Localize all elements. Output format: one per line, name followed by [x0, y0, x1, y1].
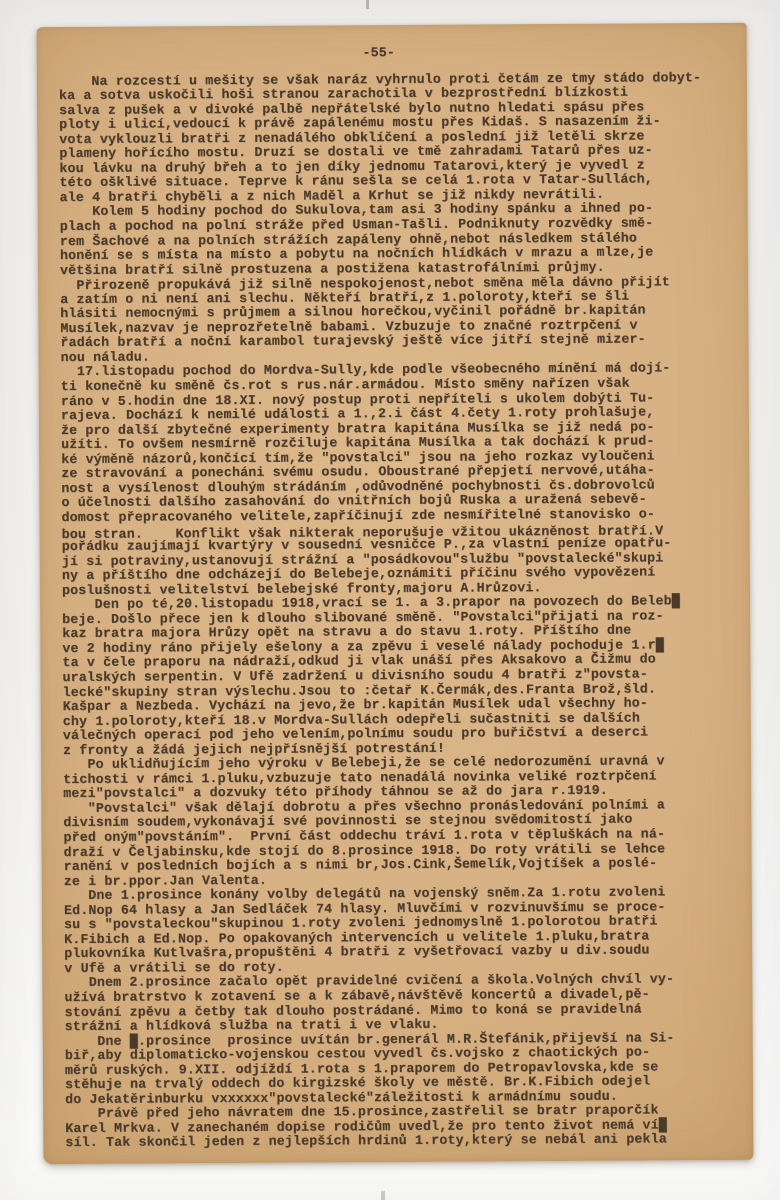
photo-artifact-bottom-tick — [381, 1191, 385, 1200]
page-number: -55- — [43, 44, 715, 63]
photo-artifact-top-tick — [366, 0, 369, 9]
typewritten-text: Na rozcestí u mešity se však naráz vyhrn… — [59, 70, 738, 1151]
text-line: síl. Tak skončil jeden z nejlepších hrdi… — [65, 1132, 737, 1151]
document-page: -55- Na rozcestí u mešity se však naráz … — [37, 23, 754, 1164]
page-content: -55- Na rozcestí u mešity se však naráz … — [59, 44, 738, 1151]
photo-background: -55- Na rozcestí u mešity se však naráz … — [0, 0, 780, 1200]
